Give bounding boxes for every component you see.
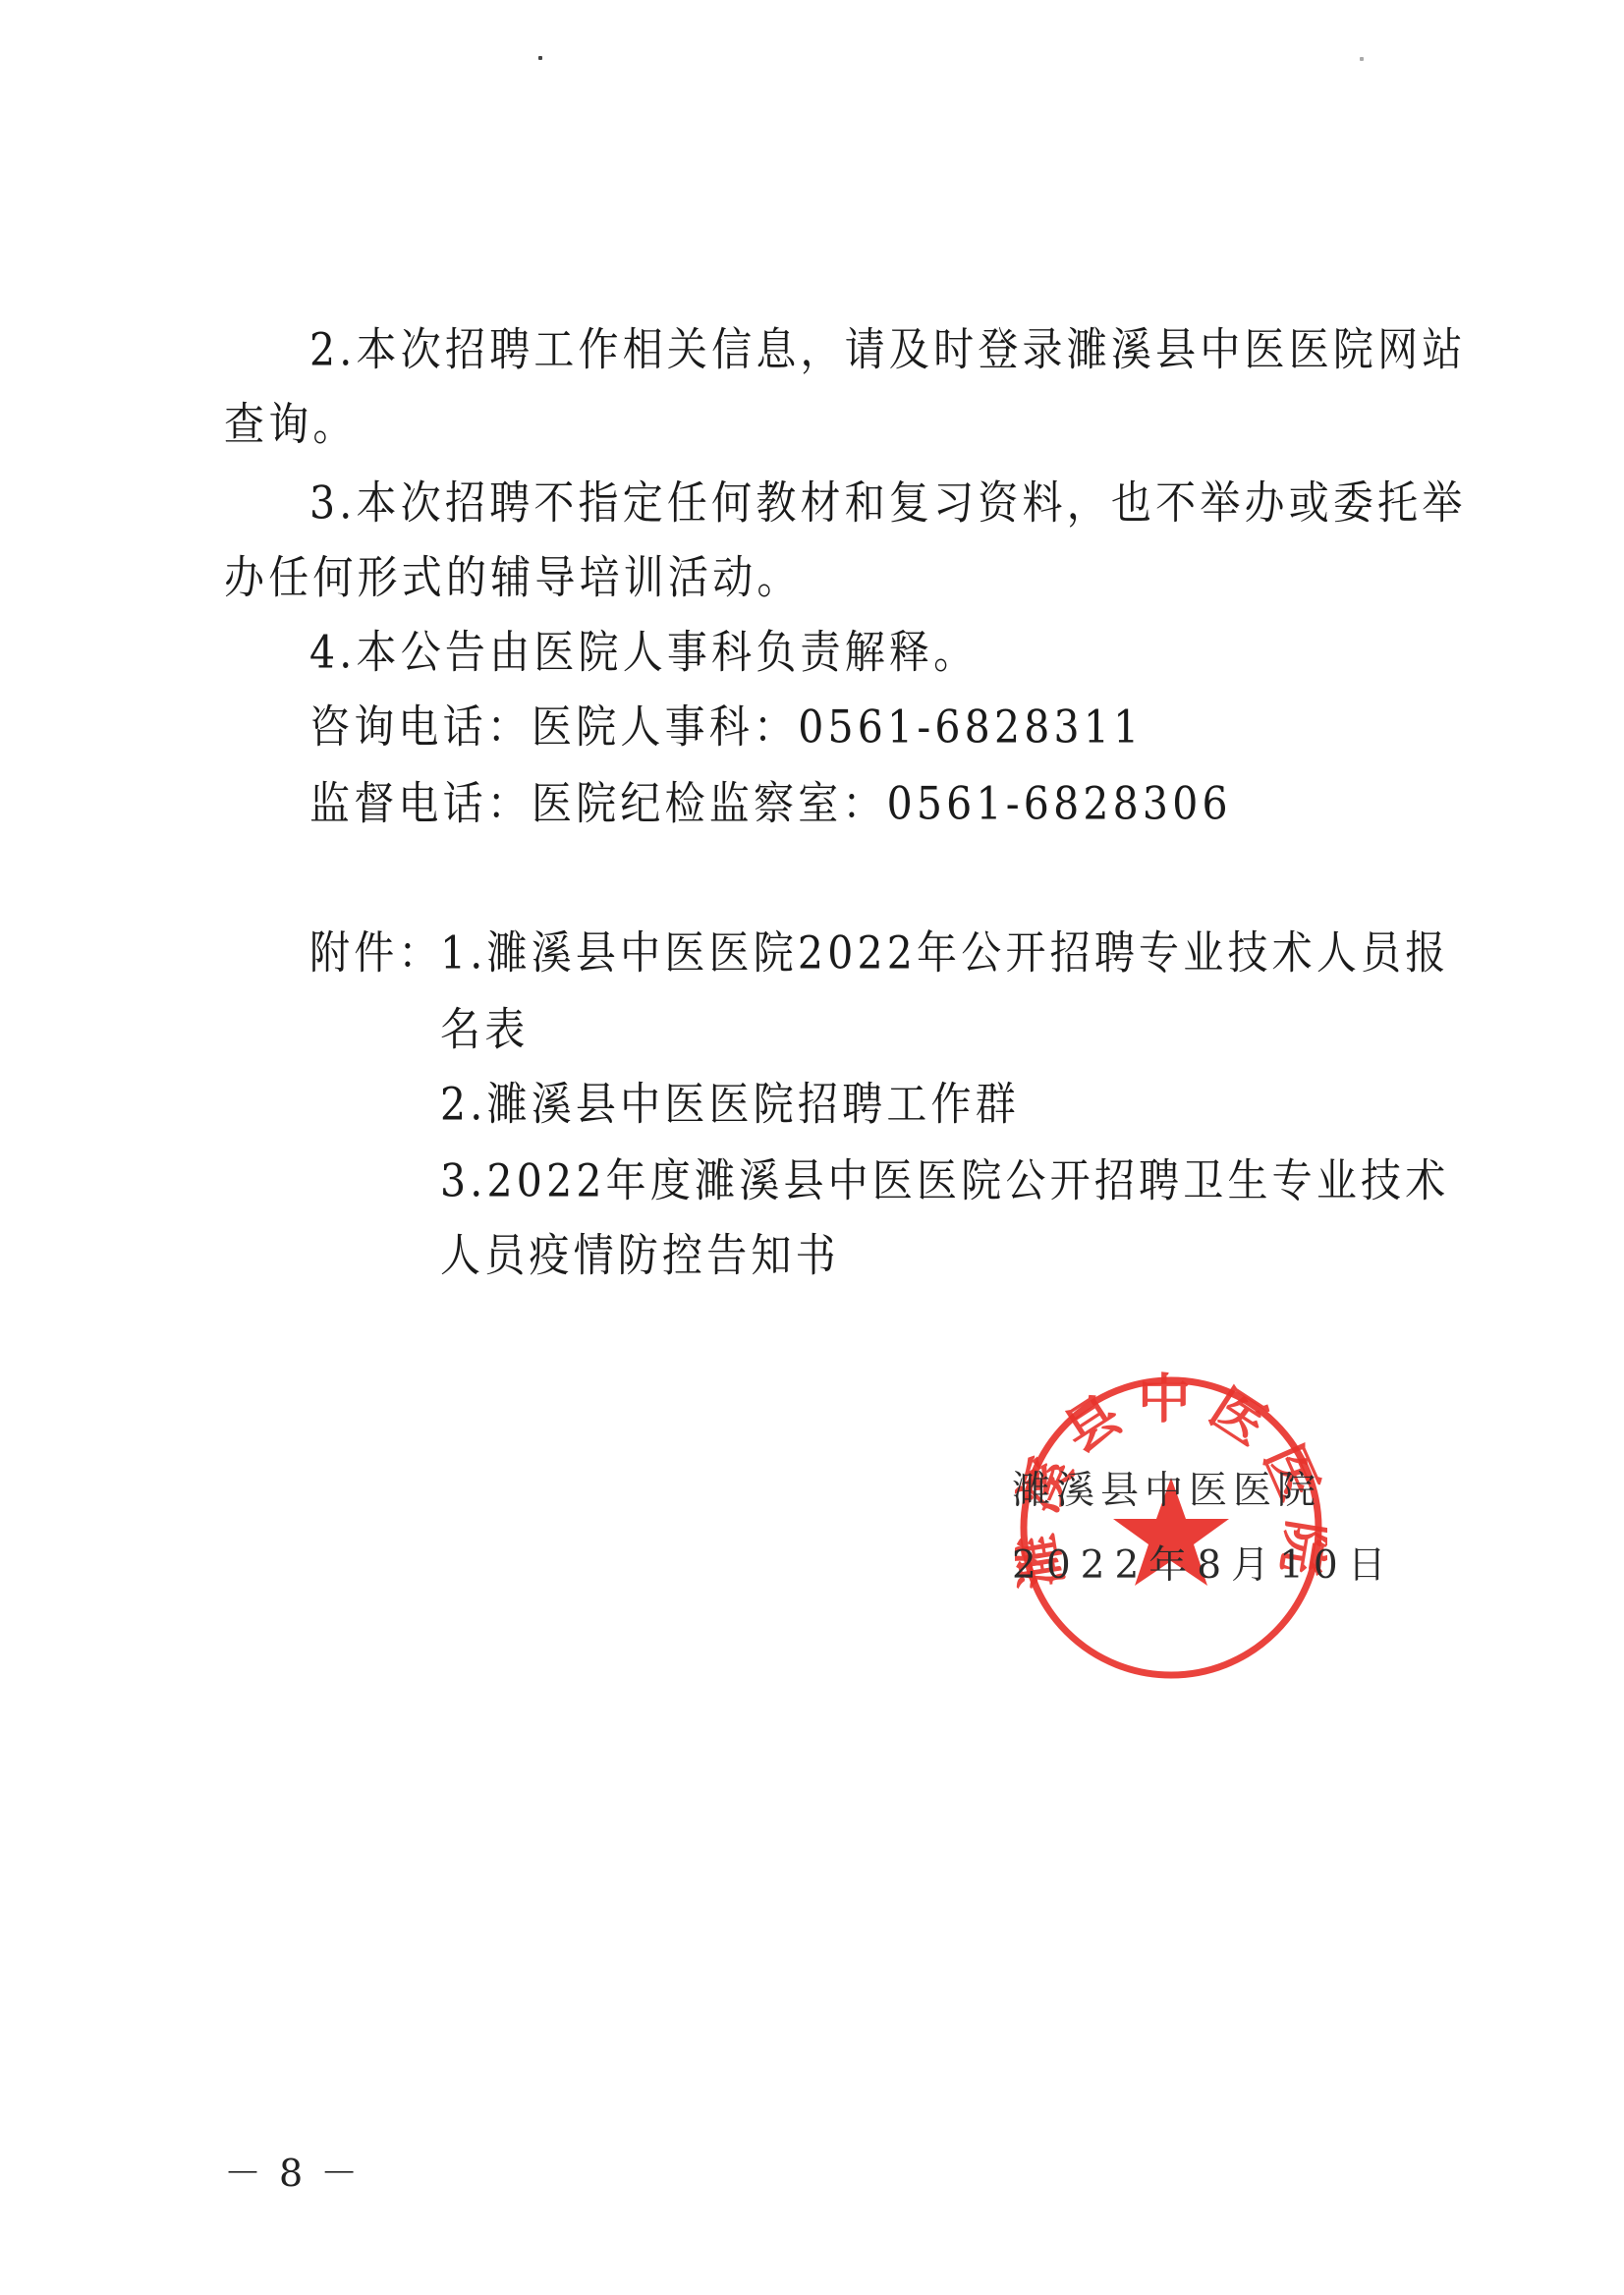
attachment-2: 2.濉溪县中医医院招聘工作群 (440, 1074, 1020, 1136)
note-item-3-line-2: 办任何形式的辅导培训活动。 (224, 547, 802, 609)
official-seal-stamp: 濉溪县中医医院 (1015, 1371, 1327, 1684)
attachment-3-line-1: 3.2022年度濉溪县中医医院公开招聘卫生专业技术 (440, 1150, 1449, 1212)
signature-organization: 濉溪县中医医院 (1012, 1464, 1321, 1519)
attachment-3-line-2: 人员疫情防控告知书 (440, 1225, 840, 1287)
scan-mark-right (1360, 57, 1364, 61)
note-item-3-line-1: 3.本次招聘不指定任何教材和复习资料，也不举办或委托举 (309, 473, 1467, 534)
note-item-4: 4.本公告由医院人事科负责解释。 (309, 622, 978, 684)
attachments-label: 附件： (309, 923, 443, 984)
consult-phone: 咨询电话：医院人事科：0561-6828311 (309, 697, 1143, 758)
note-item-2-line-2: 查询。 (224, 394, 358, 456)
supervise-phone: 监督电话：医院纪检监察室：0561-6828306 (309, 773, 1232, 835)
attachment-1-line-1: 1.濉溪县中医医院2022年公开招聘专业技术人员报 (440, 923, 1449, 984)
attachment-1-line-2: 名表 (440, 999, 529, 1061)
page-number: －8－ (224, 2152, 375, 2195)
note-item-2-line-1: 2.本次招聘工作相关信息，请及时登录濉溪县中医医院网站 (309, 319, 1467, 381)
scan-mark-left (538, 56, 542, 60)
signature-date: 2022年8月10日 (1012, 1539, 1396, 1594)
